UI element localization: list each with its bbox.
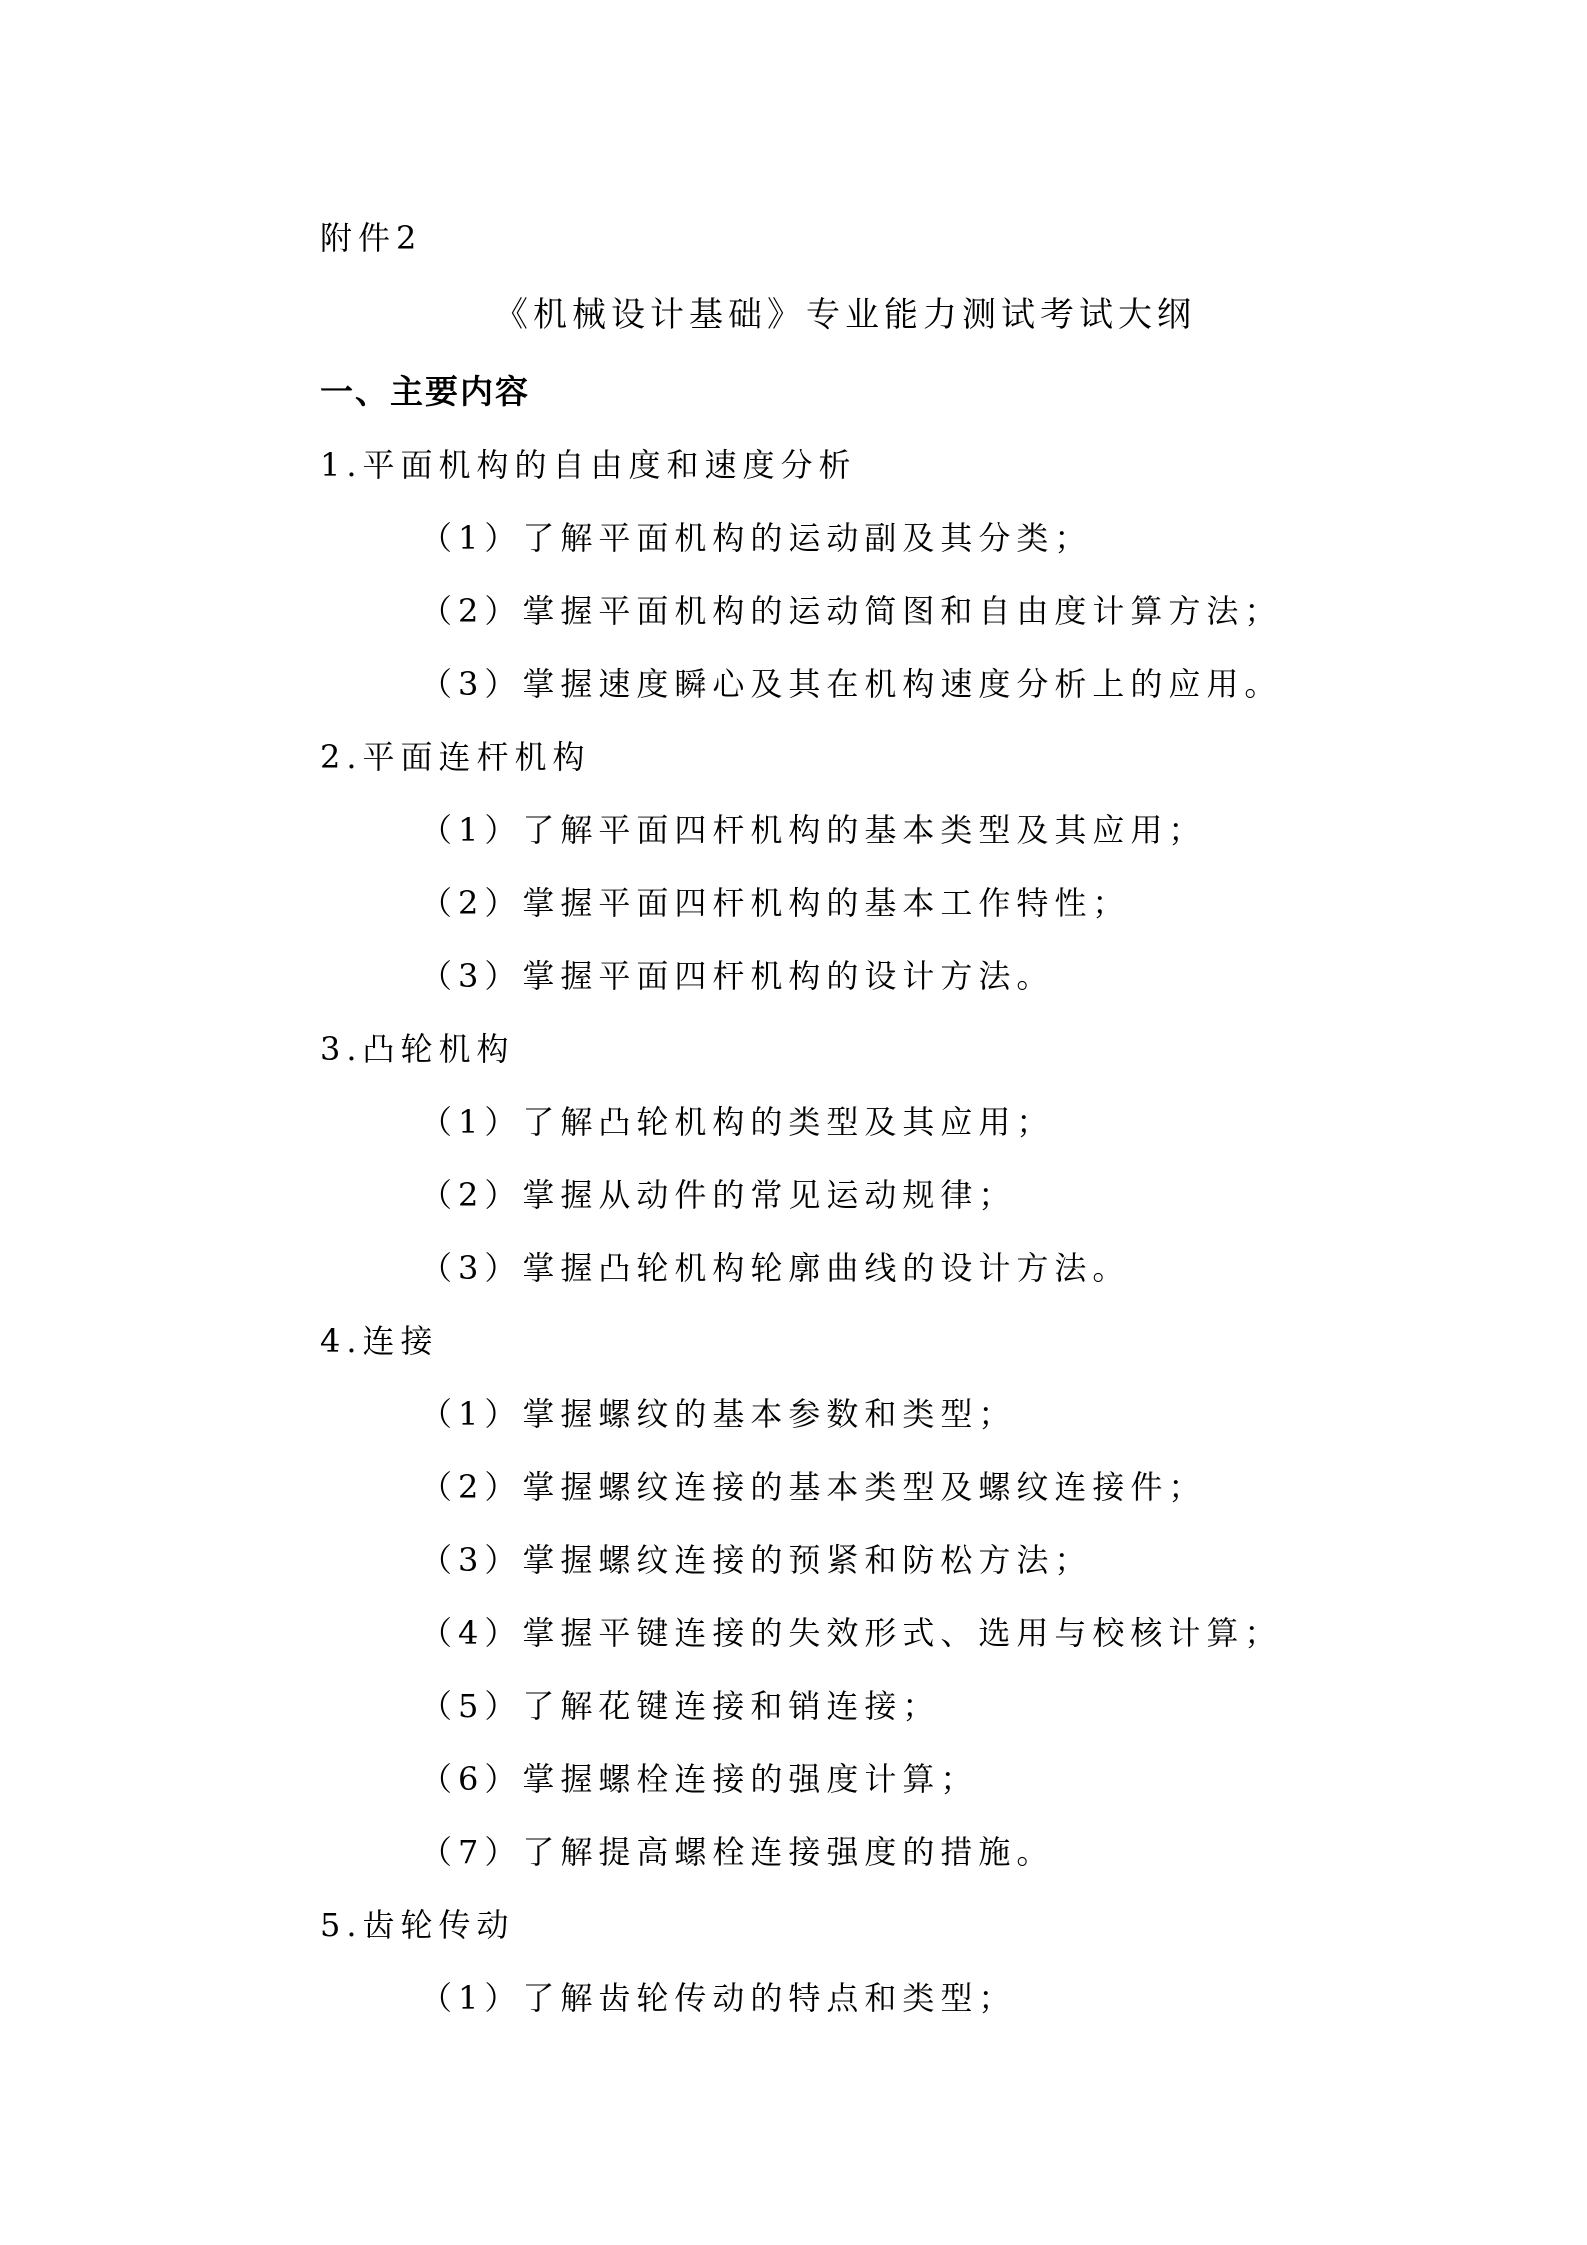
section-title-2: 2.平面连杆机构 <box>320 737 591 777</box>
list-item: （1）了解凸轮机构的类型及其应用； <box>420 1102 1054 1142</box>
list-item: （4）掌握平键连接的失效形式、选用与校核计算； <box>420 1613 1282 1653</box>
list-item: （2）掌握螺纹连接的基本类型及螺纹连接件； <box>420 1467 1206 1507</box>
section-title-1: 1.平面机构的自由度和速度分析 <box>320 445 857 485</box>
list-item: （1）了解平面四杆机构的基本类型及其应用； <box>420 810 1206 850</box>
list-item: （2）掌握平面四杆机构的基本工作特性； <box>420 883 1130 923</box>
list-item: （3）掌握速度瞬心及其在机构速度分析上的应用。 <box>420 664 1282 704</box>
section-heading: 一、主要内容 <box>320 372 530 412</box>
list-item: （2）掌握从动件的常见运动规律； <box>420 1175 1016 1215</box>
list-item: （7）了解提高螺栓连接强度的措施。 <box>420 1832 1054 1872</box>
document-title: 《机械设计基础》专业能力测试考试大纲 <box>494 295 1196 335</box>
list-item: （3）掌握螺纹连接的预紧和防松方法； <box>420 1540 1092 1580</box>
list-item: （2）掌握平面机构的运动简图和自由度计算方法； <box>420 591 1282 631</box>
list-item: （3）掌握平面四杆机构的设计方法。 <box>420 956 1054 996</box>
list-item: （1）了解平面机构的运动副及其分类； <box>420 518 1092 558</box>
list-item: （3）掌握凸轮机构轮廓曲线的设计方法。 <box>420 1248 1130 1288</box>
list-item: （1）了解齿轮传动的特点和类型； <box>420 1978 1016 2018</box>
section-title-4: 4.连接 <box>320 1321 439 1361</box>
attachment-label: 附件2 <box>320 218 422 258</box>
section-title-3: 3.凸轮机构 <box>320 1029 515 1069</box>
list-item: （1）掌握螺纹的基本参数和类型； <box>420 1394 1016 1434</box>
list-item: （6）掌握螺栓连接的强度计算； <box>420 1759 978 1799</box>
list-item: （5）了解花键连接和销连接； <box>420 1686 940 1726</box>
section-title-5: 5.齿轮传动 <box>320 1905 515 1945</box>
